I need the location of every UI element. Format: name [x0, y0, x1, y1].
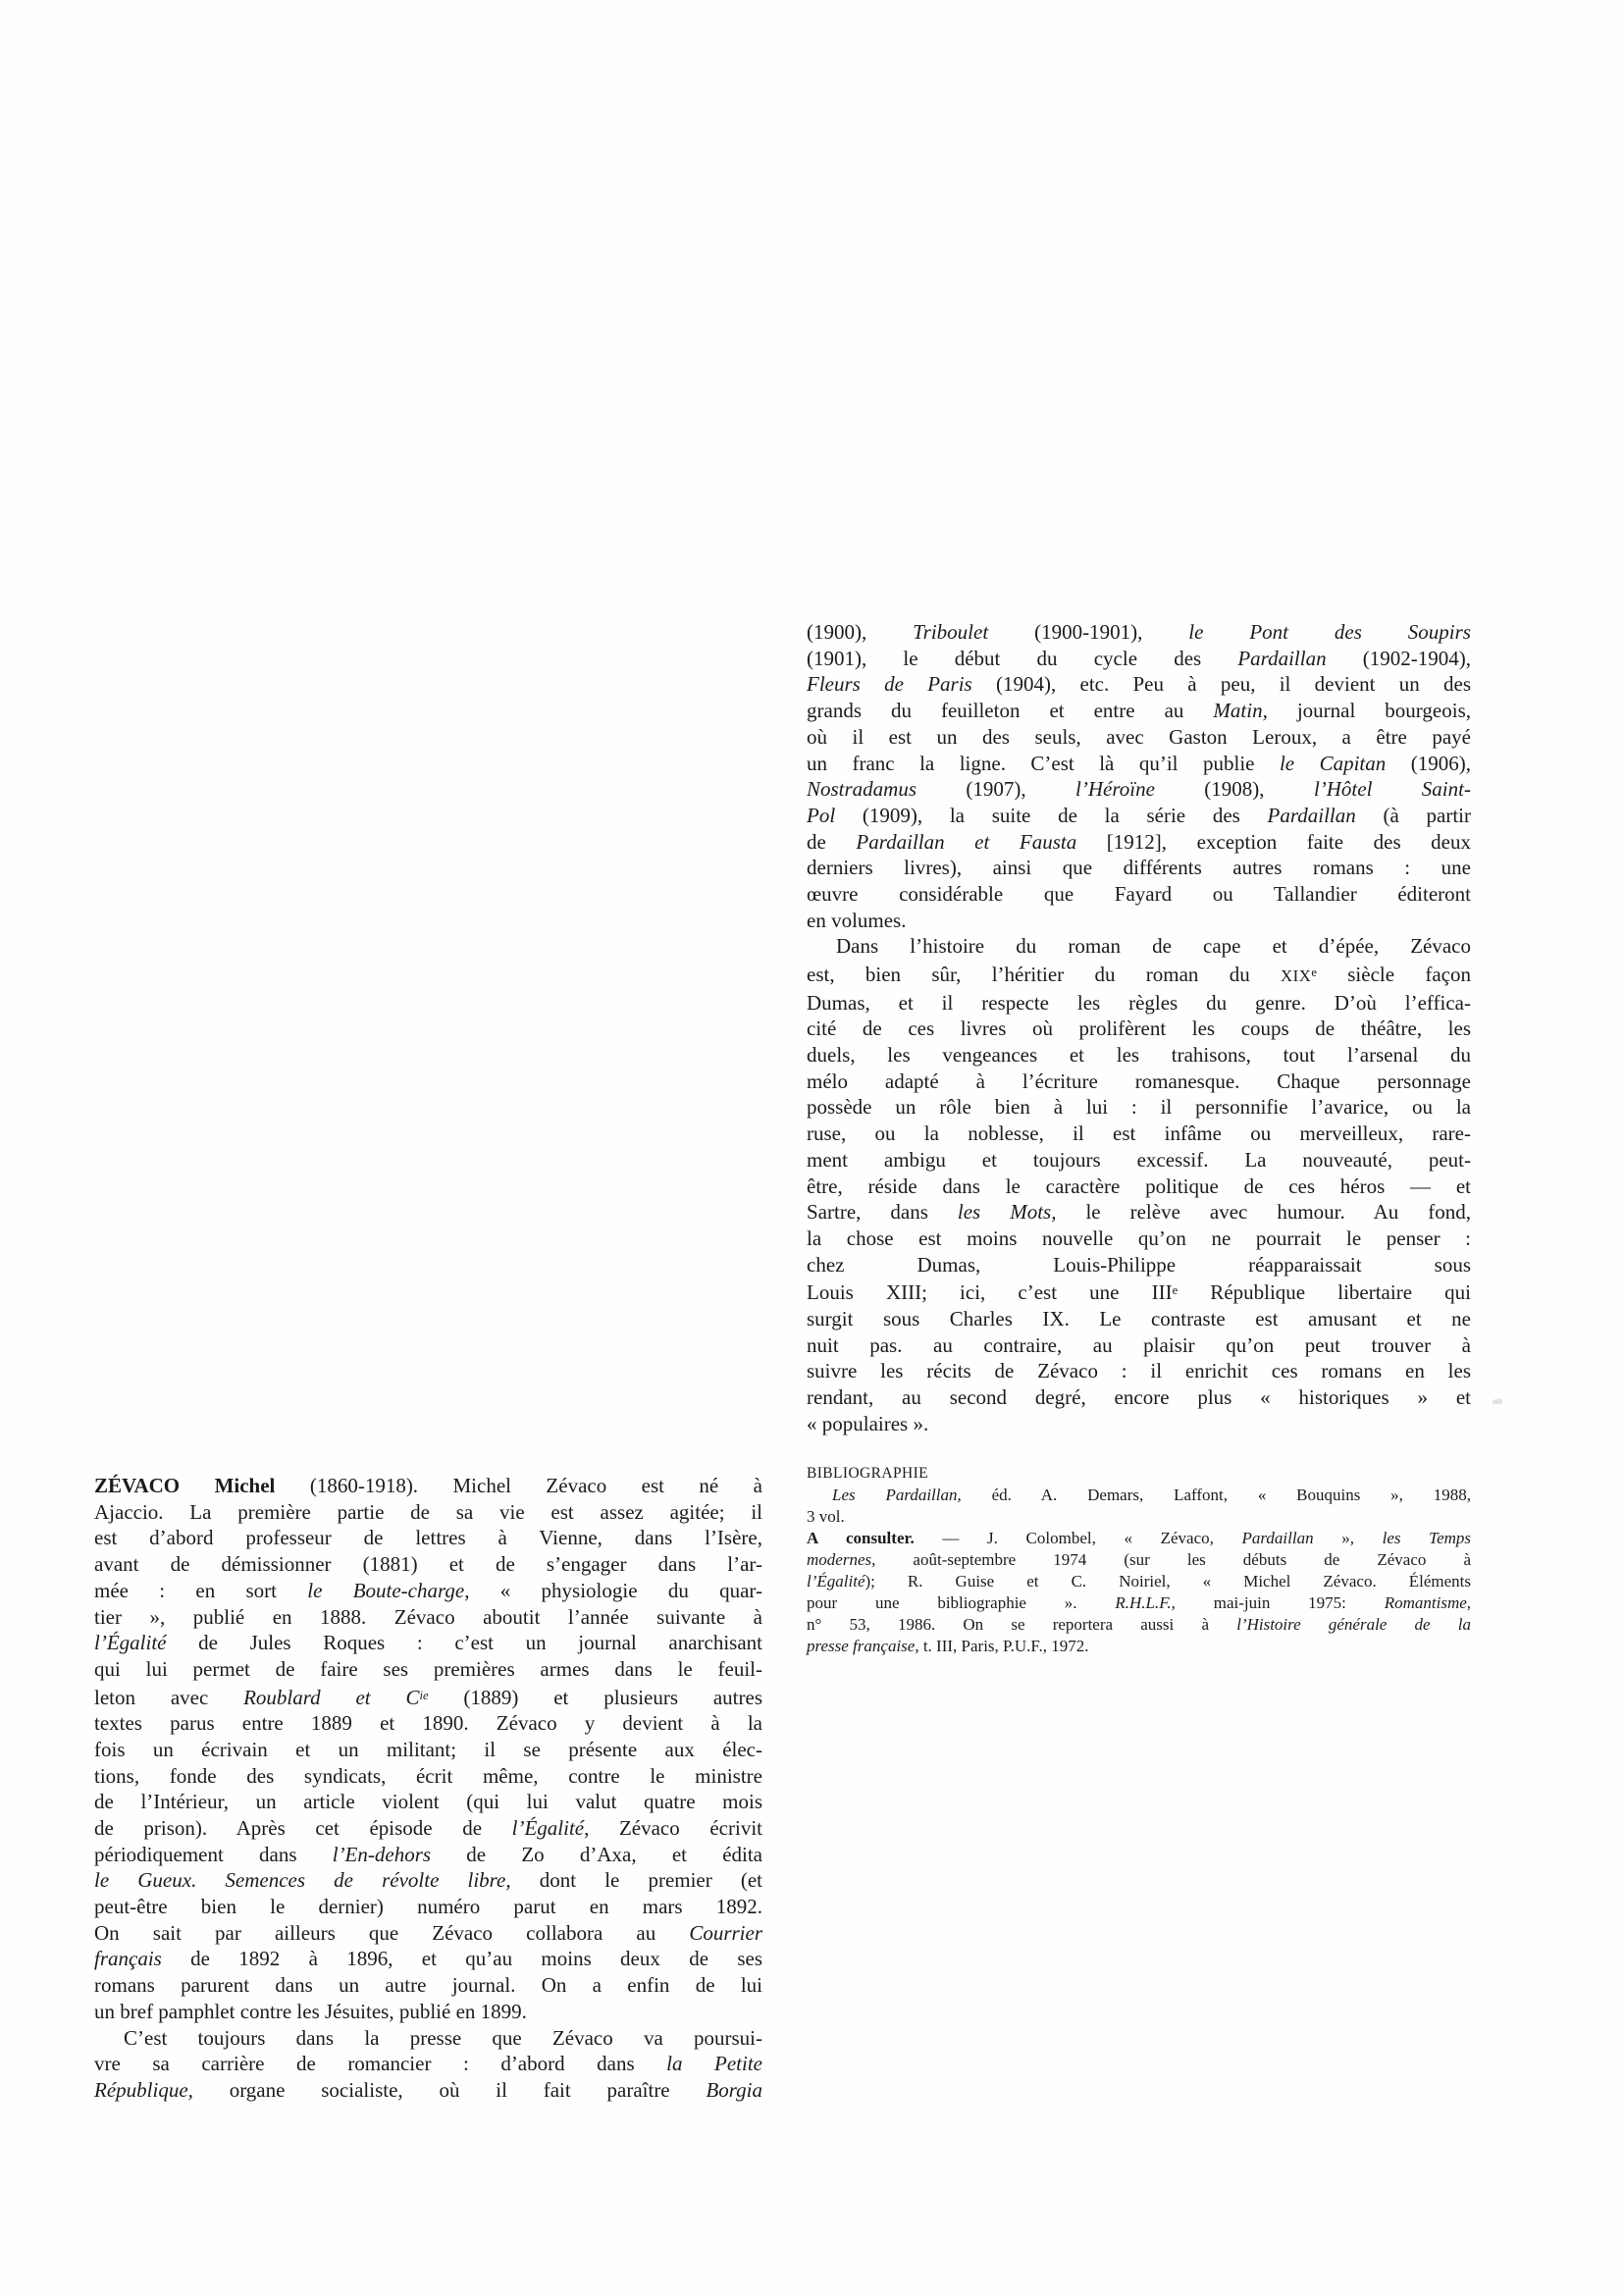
text-line: Louis XIII; ici, c’est une IIIe Républiq…: [807, 1278, 1471, 1305]
text-line: le Gueux. Semences de révolte libre, don…: [94, 1867, 762, 1894]
text-line: rendant, au second degré, encore plus « …: [807, 1384, 1471, 1411]
text-segment: mélo adapté à l’écriture romanesque. Cha…: [807, 1069, 1471, 1093]
text-segment: Courrier: [689, 1921, 762, 1945]
text-segment: un bref pamphlet contre les Jésuites, pu…: [94, 2000, 527, 2023]
text-line: tions, fonde des syndicats, écrit même, …: [94, 1763, 762, 1790]
text-segment: le Gueux. Semences de révolte libre: [94, 1868, 505, 1892]
text-segment: (1900),: [807, 620, 913, 644]
text-segment: (1906),: [1386, 752, 1471, 775]
text-line: Pol (1909), la suite de la série des Par…: [807, 803, 1471, 829]
text-segment: être, réside dans le caractère politique…: [807, 1174, 1471, 1198]
text-line: derniers livres), ainsi que différents a…: [807, 855, 1471, 881]
text-segment: Roublard et C: [243, 1685, 419, 1708]
text-segment: leton avec: [94, 1685, 243, 1708]
paragraph: Dans l’histoire du roman de cape et d’ép…: [807, 933, 1471, 1436]
text-segment: ZÉVACO Michel: [94, 1474, 275, 1497]
text-segment: derniers livres), ainsi que différents a…: [807, 856, 1471, 879]
paragraph: C’est toujours dans la presse que Zévaco…: [94, 2025, 762, 2104]
text-segment: tions, fonde des syndicats, écrit même, …: [94, 1764, 762, 1788]
text-line: œuvre considérable que Fayard ou Talland…: [807, 881, 1471, 908]
text-segment: (1904), etc. Peu à peu, il devient un de…: [972, 672, 1471, 696]
text-segment: surgit sous Charles IX. Le contraste est…: [807, 1307, 1471, 1330]
text-segment: République,: [94, 2078, 193, 2102]
text-segment: l’Égalité: [512, 1816, 584, 1840]
text-segment: est, bien sûr, l’héritier du roman du: [807, 963, 1281, 986]
text-line: ment ambigu et toujours excessif. La nou…: [807, 1147, 1471, 1174]
text-line: est d’abord professeur de lettres à Vien…: [94, 1525, 762, 1551]
left-text-column: ZÉVACO Michel (1860-1918). Michel Zévaco…: [94, 1473, 762, 2104]
text-segment: Les Pardaillan,: [832, 1486, 962, 1504]
text-segment: mée : en sort: [94, 1579, 307, 1602]
text-line: Les Pardaillan, éd. A. Demars, Laffont, …: [807, 1485, 1471, 1506]
text-line: de prison). Après cet épisode de l’Égali…: [94, 1815, 762, 1842]
text-segment: Pol: [807, 804, 835, 827]
text-line: où il est un des seuls, avec Gaston Lero…: [807, 724, 1471, 751]
text-segment: pour une bibliographie ».: [807, 1593, 1115, 1612]
text-segment: éd. A. Demars, Laffont, « Bouquins », 19…: [962, 1486, 1471, 1504]
text-segment: Nostradamus: [807, 777, 917, 801]
text-segment: chez Dumas, Louis-Philippe réapparaissai…: [807, 1253, 1471, 1277]
text-segment: les Mots,: [958, 1200, 1057, 1224]
text-segment: un franc la ligne. C’est là qu’il publie: [807, 752, 1280, 775]
text-line: grands du feuilleton et entre au Matin, …: [807, 698, 1471, 724]
bibliography-entries: Les Pardaillan, éd. A. Demars, Laffont, …: [807, 1485, 1471, 1657]
text-segment: textes parus entre 1889 et 1890. Zévaco …: [94, 1711, 762, 1735]
text-segment: (1860-1918). Michel Zévaco est né à: [275, 1474, 762, 1497]
text-line: Sartre, dans les Mots, le relève avec hu…: [807, 1199, 1471, 1226]
text-segment: l’En-dehors: [333, 1843, 431, 1866]
text-segment: (1901), le début du cycle des: [807, 647, 1237, 670]
text-segment: de prison). Après cet épisode de: [94, 1816, 512, 1840]
text-segment: [1912], exception faite des deux: [1076, 830, 1471, 854]
paragraph: Les Pardaillan, éd. A. Demars, Laffont, …: [807, 1485, 1471, 1528]
text-segment: la Petite: [666, 2052, 762, 2075]
text-segment: suivre les récits de Zévaco : il enrichi…: [807, 1359, 1471, 1382]
text-segment: août-septembre 1974 (sur les débuts de Z…: [875, 1550, 1471, 1569]
paragraph: (1900), Triboulet (1900-1901), le Pont d…: [807, 619, 1471, 933]
text-line: en volumes.: [807, 908, 1471, 934]
text-segment: romans parurent dans un autre journal. O…: [94, 1973, 762, 1997]
text-line: de Pardaillan et Fausta [1912], exceptio…: [807, 829, 1471, 856]
text-segment: Pardaillan: [1242, 1529, 1314, 1547]
text-segment: Louis XIII; ici, c’est une III: [807, 1280, 1173, 1304]
text-segment: Fleurs de Paris: [807, 672, 972, 696]
text-line: pour une bibliographie ». R.H.L.F., mai-…: [807, 1592, 1471, 1614]
text-segment: de: [807, 830, 856, 854]
text-segment: , dont le premier (et: [505, 1868, 762, 1892]
text-line: fois un écrivain et un militant; il se p…: [94, 1737, 762, 1763]
text-segment: le relève avec humour. Au fond,: [1056, 1200, 1471, 1224]
text-segment: On sait par ailleurs que Zévaco collabor…: [94, 1921, 689, 1945]
text-line: cité de ces livres où prolifèrent les co…: [807, 1016, 1471, 1042]
paragraph: ZÉVACO Michel (1860-1918). Michel Zévaco…: [94, 1473, 762, 2025]
bibliography-section: BIBLIOGRAPHIE Les Pardaillan, éd. A. Dem…: [807, 1463, 1471, 1657]
text-line: On sait par ailleurs que Zévaco collabor…: [94, 1920, 762, 1947]
text-line: un bref pamphlet contre les Jésuites, pu…: [94, 1999, 762, 2025]
text-segment: français: [94, 1947, 162, 1970]
text-line: 3 vol.: [807, 1506, 1471, 1528]
text-segment: rendant, au second degré, encore plus « …: [807, 1385, 1471, 1409]
text-segment: l’Héroïne: [1075, 777, 1155, 801]
text-segment: périodiquement dans: [94, 1843, 333, 1866]
text-line: périodiquement dans l’En-dehors de Zo d’…: [94, 1842, 762, 1868]
text-line: possède un rôle bien à lui : il personni…: [807, 1094, 1471, 1121]
text-line: mée : en sort le Boute-charge, « physiol…: [94, 1578, 762, 1604]
text-line: « populaires ».: [807, 1411, 1471, 1437]
text-line: romans parurent dans un autre journal. O…: [94, 1972, 762, 1999]
text-segment: ment ambigu et toujours excessif. La nou…: [807, 1148, 1471, 1172]
text-line: A consulter. — J. Colombel, « Zévaco, Pa…: [807, 1528, 1471, 1549]
text-line: peut-être bien le dernier) numéro parut …: [94, 1894, 762, 1920]
text-segment: ); R. Guise et C. Noiriel, « Michel Zéva…: [864, 1572, 1471, 1591]
text-line: surgit sous Charles IX. Le contraste est…: [807, 1306, 1471, 1332]
text-segment: journal bourgeois,: [1268, 699, 1471, 722]
text-segment: , Zévaco écrivit: [584, 1816, 762, 1840]
text-line: Dans l’histoire du roman de cape et d’ép…: [807, 933, 1471, 960]
text-segment: République libertaire qui: [1178, 1280, 1471, 1304]
text-line: qui lui permet de faire ses premières ar…: [94, 1656, 762, 1683]
text-segment: Romantisme,: [1385, 1593, 1471, 1612]
text-line: République, organe socialiste, où il fai…: [94, 2077, 762, 2104]
text-segment: avant de démissionner (1881) et de s’eng…: [94, 1552, 762, 1576]
text-segment: organe socialiste, où il fait paraître: [193, 2078, 707, 2102]
text-line: Dumas, et il respecte les règles du genr…: [807, 990, 1471, 1017]
text-segment: mai-juin 1975:: [1176, 1593, 1385, 1612]
text-segment: l’Histoire générale de la: [1236, 1615, 1471, 1634]
text-segment: presse française,: [807, 1637, 919, 1655]
bibliography-heading: BIBLIOGRAPHIE: [807, 1463, 1471, 1485]
text-segment: peut-être bien le dernier) numéro parut …: [94, 1895, 762, 1918]
text-line: de l’Intérieur, un article violent (qui …: [94, 1789, 762, 1815]
text-segment: Triboulet: [913, 620, 988, 644]
text-segment: est d’abord professeur de lettres à Vien…: [94, 1526, 762, 1549]
text-line: ZÉVACO Michel (1860-1918). Michel Zévaco…: [94, 1473, 762, 1499]
text-segment: C’est toujours dans la presse que Zévaco…: [124, 2026, 762, 2050]
text-line: tier », publié en 1888. Zévaco aboutit l…: [94, 1604, 762, 1631]
text-segment: Ajaccio. La première partie de sa vie es…: [94, 1500, 762, 1524]
text-line: ruse, ou la noblesse, il est infâme ou m…: [807, 1121, 1471, 1147]
text-segment: modernes,: [807, 1550, 875, 1569]
text-segment: Pardaillan et Fausta: [856, 830, 1076, 854]
scan-artifact-mark: [1493, 1398, 1503, 1404]
text-line: (1901), le début du cycle des Pardaillan…: [807, 646, 1471, 672]
text-line: Ajaccio. La première partie de sa vie es…: [94, 1499, 762, 1526]
text-line: l’Égalité de Jules Roques : c’est un jou…: [94, 1630, 762, 1656]
text-segment: de 1892 à 1896, et qu’au moins deux de s…: [162, 1947, 762, 1970]
text-segment: , « physiologie du quar-: [464, 1579, 762, 1602]
text-segment: le Capitan: [1280, 752, 1386, 775]
text-line: vre sa carrière de romancier : d’abord d…: [94, 2051, 762, 2077]
text-segment: A consulter.: [807, 1529, 915, 1547]
text-segment: (1889) et plusieurs autres: [429, 1685, 762, 1708]
text-line: la chose est moins nouvelle qu’on ne pou…: [807, 1226, 1471, 1252]
paragraph: A consulter. — J. Colombel, « Zévaco, Pa…: [807, 1528, 1471, 1657]
text-line: français de 1892 à 1896, et qu’au moins …: [94, 1946, 762, 1972]
text-segment: nuit pas. au contraire, au plaisir qu’on…: [807, 1333, 1471, 1357]
text-line: modernes, août-septembre 1974 (sur les d…: [807, 1549, 1471, 1571]
text-segment: l’Hôtel Saint-: [1314, 777, 1471, 801]
text-segment: ie: [419, 1689, 428, 1702]
text-segment: de Jules Roques : c’est un journal anarc…: [166, 1631, 762, 1654]
text-line: C’est toujours dans la presse que Zévaco…: [94, 2025, 762, 2052]
text-line: l’Égalité); R. Guise et C. Noiriel, « Mi…: [807, 1571, 1471, 1592]
text-line: suivre les récits de Zévaco : il enrichi…: [807, 1358, 1471, 1384]
text-segment: tier », publié en 1888. Zévaco aboutit l…: [94, 1605, 762, 1629]
text-segment: R.H.L.F.,: [1115, 1593, 1176, 1612]
text-segment: de Zo d’Axa, et édita: [431, 1843, 762, 1866]
text-line: mélo adapté à l’écriture romanesque. Cha…: [807, 1069, 1471, 1095]
text-segment: grands du feuilleton et entre au: [807, 699, 1213, 722]
text-segment: la chose est moins nouvelle qu’on ne pou…: [807, 1226, 1471, 1250]
text-segment: XIX: [1281, 966, 1311, 985]
text-line: (1900), Triboulet (1900-1901), le Pont d…: [807, 619, 1471, 646]
text-line: chez Dumas, Louis-Philippe réapparaissai…: [807, 1252, 1471, 1278]
text-segment: Pardaillan: [1237, 647, 1326, 670]
text-line: avant de démissionner (1881) et de s’eng…: [94, 1551, 762, 1578]
text-segment: (1902-1904),: [1327, 647, 1471, 670]
text-segment: fois un écrivain et un militant; il se p…: [94, 1738, 762, 1761]
text-segment: « populaires ».: [807, 1412, 928, 1435]
text-segment: Borgia: [706, 2078, 762, 2102]
text-line: textes parus entre 1889 et 1890. Zévaco …: [94, 1710, 762, 1737]
text-segment: (1907),: [917, 777, 1075, 801]
text-segment: Matin,: [1213, 699, 1267, 722]
text-segment: le Pont des Soupirs: [1188, 620, 1471, 644]
text-line: est, bien sûr, l’héritier du roman du XI…: [807, 960, 1471, 989]
text-segment: Dans l’histoire du roman de cape et d’ép…: [836, 934, 1471, 958]
text-segment: œuvre considérable que Fayard ou Talland…: [807, 882, 1471, 906]
text-line: être, réside dans le caractère politique…: [807, 1174, 1471, 1200]
text-segment: l’Égalité: [94, 1631, 166, 1654]
text-segment: siècle façon: [1317, 963, 1471, 986]
text-segment: »,: [1314, 1529, 1383, 1547]
text-line: nuit pas. au contraire, au plaisir qu’on…: [807, 1332, 1471, 1359]
text-segment: Sartre, dans: [807, 1200, 958, 1224]
text-segment: ruse, ou la noblesse, il est infâme ou m…: [807, 1121, 1471, 1145]
text-line: duels, les vengeances et les trahisons, …: [807, 1042, 1471, 1069]
text-segment: possède un rôle bien à lui : il personni…: [807, 1095, 1471, 1119]
text-line: Fleurs de Paris (1904), etc. Peu à peu, …: [807, 671, 1471, 698]
text-segment: de l’Intérieur, un article violent (qui …: [94, 1790, 762, 1813]
scanned-document-page: ZÉVACO Michel (1860-1918). Michel Zévaco…: [0, 0, 1624, 2295]
text-segment: les Temps: [1383, 1529, 1471, 1547]
text-segment: le Boute-charge: [307, 1579, 464, 1602]
text-line: leton avec Roublard et Cie (1889) et plu…: [94, 1683, 762, 1710]
text-segment: Pardaillan: [1268, 804, 1356, 827]
text-segment: duels, les vengeances et les trahisons, …: [807, 1043, 1471, 1067]
right-column-body: (1900), Triboulet (1900-1901), le Pont d…: [807, 619, 1471, 1436]
text-segment: (à partir: [1356, 804, 1471, 827]
text-segment: cité de ces livres où prolifèrent les co…: [807, 1017, 1471, 1040]
text-segment: l’Égalité: [807, 1572, 864, 1591]
text-segment: vre sa carrière de romancier : d’abord d…: [94, 2052, 666, 2075]
text-segment: (1908),: [1155, 777, 1314, 801]
text-segment: t. III, Paris, P.U.F., 1972.: [919, 1637, 1089, 1655]
text-segment: en volumes.: [807, 909, 906, 932]
text-segment: — J. Colombel, « Zévaco,: [915, 1529, 1242, 1547]
right-text-column: (1900), Triboulet (1900-1901), le Pont d…: [807, 619, 1471, 1657]
text-segment: (1909), la suite de la série des: [835, 804, 1267, 827]
text-segment: n° 53, 1986. On se reportera aussi à: [807, 1615, 1236, 1634]
text-segment: (1900-1901),: [988, 620, 1188, 644]
text-segment: qui lui permet de faire ses premières ar…: [94, 1657, 762, 1681]
text-line: Nostradamus (1907), l’Héroïne (1908), l’…: [807, 776, 1471, 803]
text-line: un franc la ligne. C’est là qu’il publie…: [807, 751, 1471, 777]
text-line: n° 53, 1986. On se reportera aussi à l’H…: [807, 1614, 1471, 1636]
text-line: presse française, t. III, Paris, P.U.F.,…: [807, 1636, 1471, 1657]
text-segment: où il est un des seuls, avec Gaston Lero…: [807, 725, 1471, 749]
text-segment: Dumas, et il respecte les règles du genr…: [807, 991, 1471, 1015]
text-segment: 3 vol.: [807, 1507, 845, 1526]
